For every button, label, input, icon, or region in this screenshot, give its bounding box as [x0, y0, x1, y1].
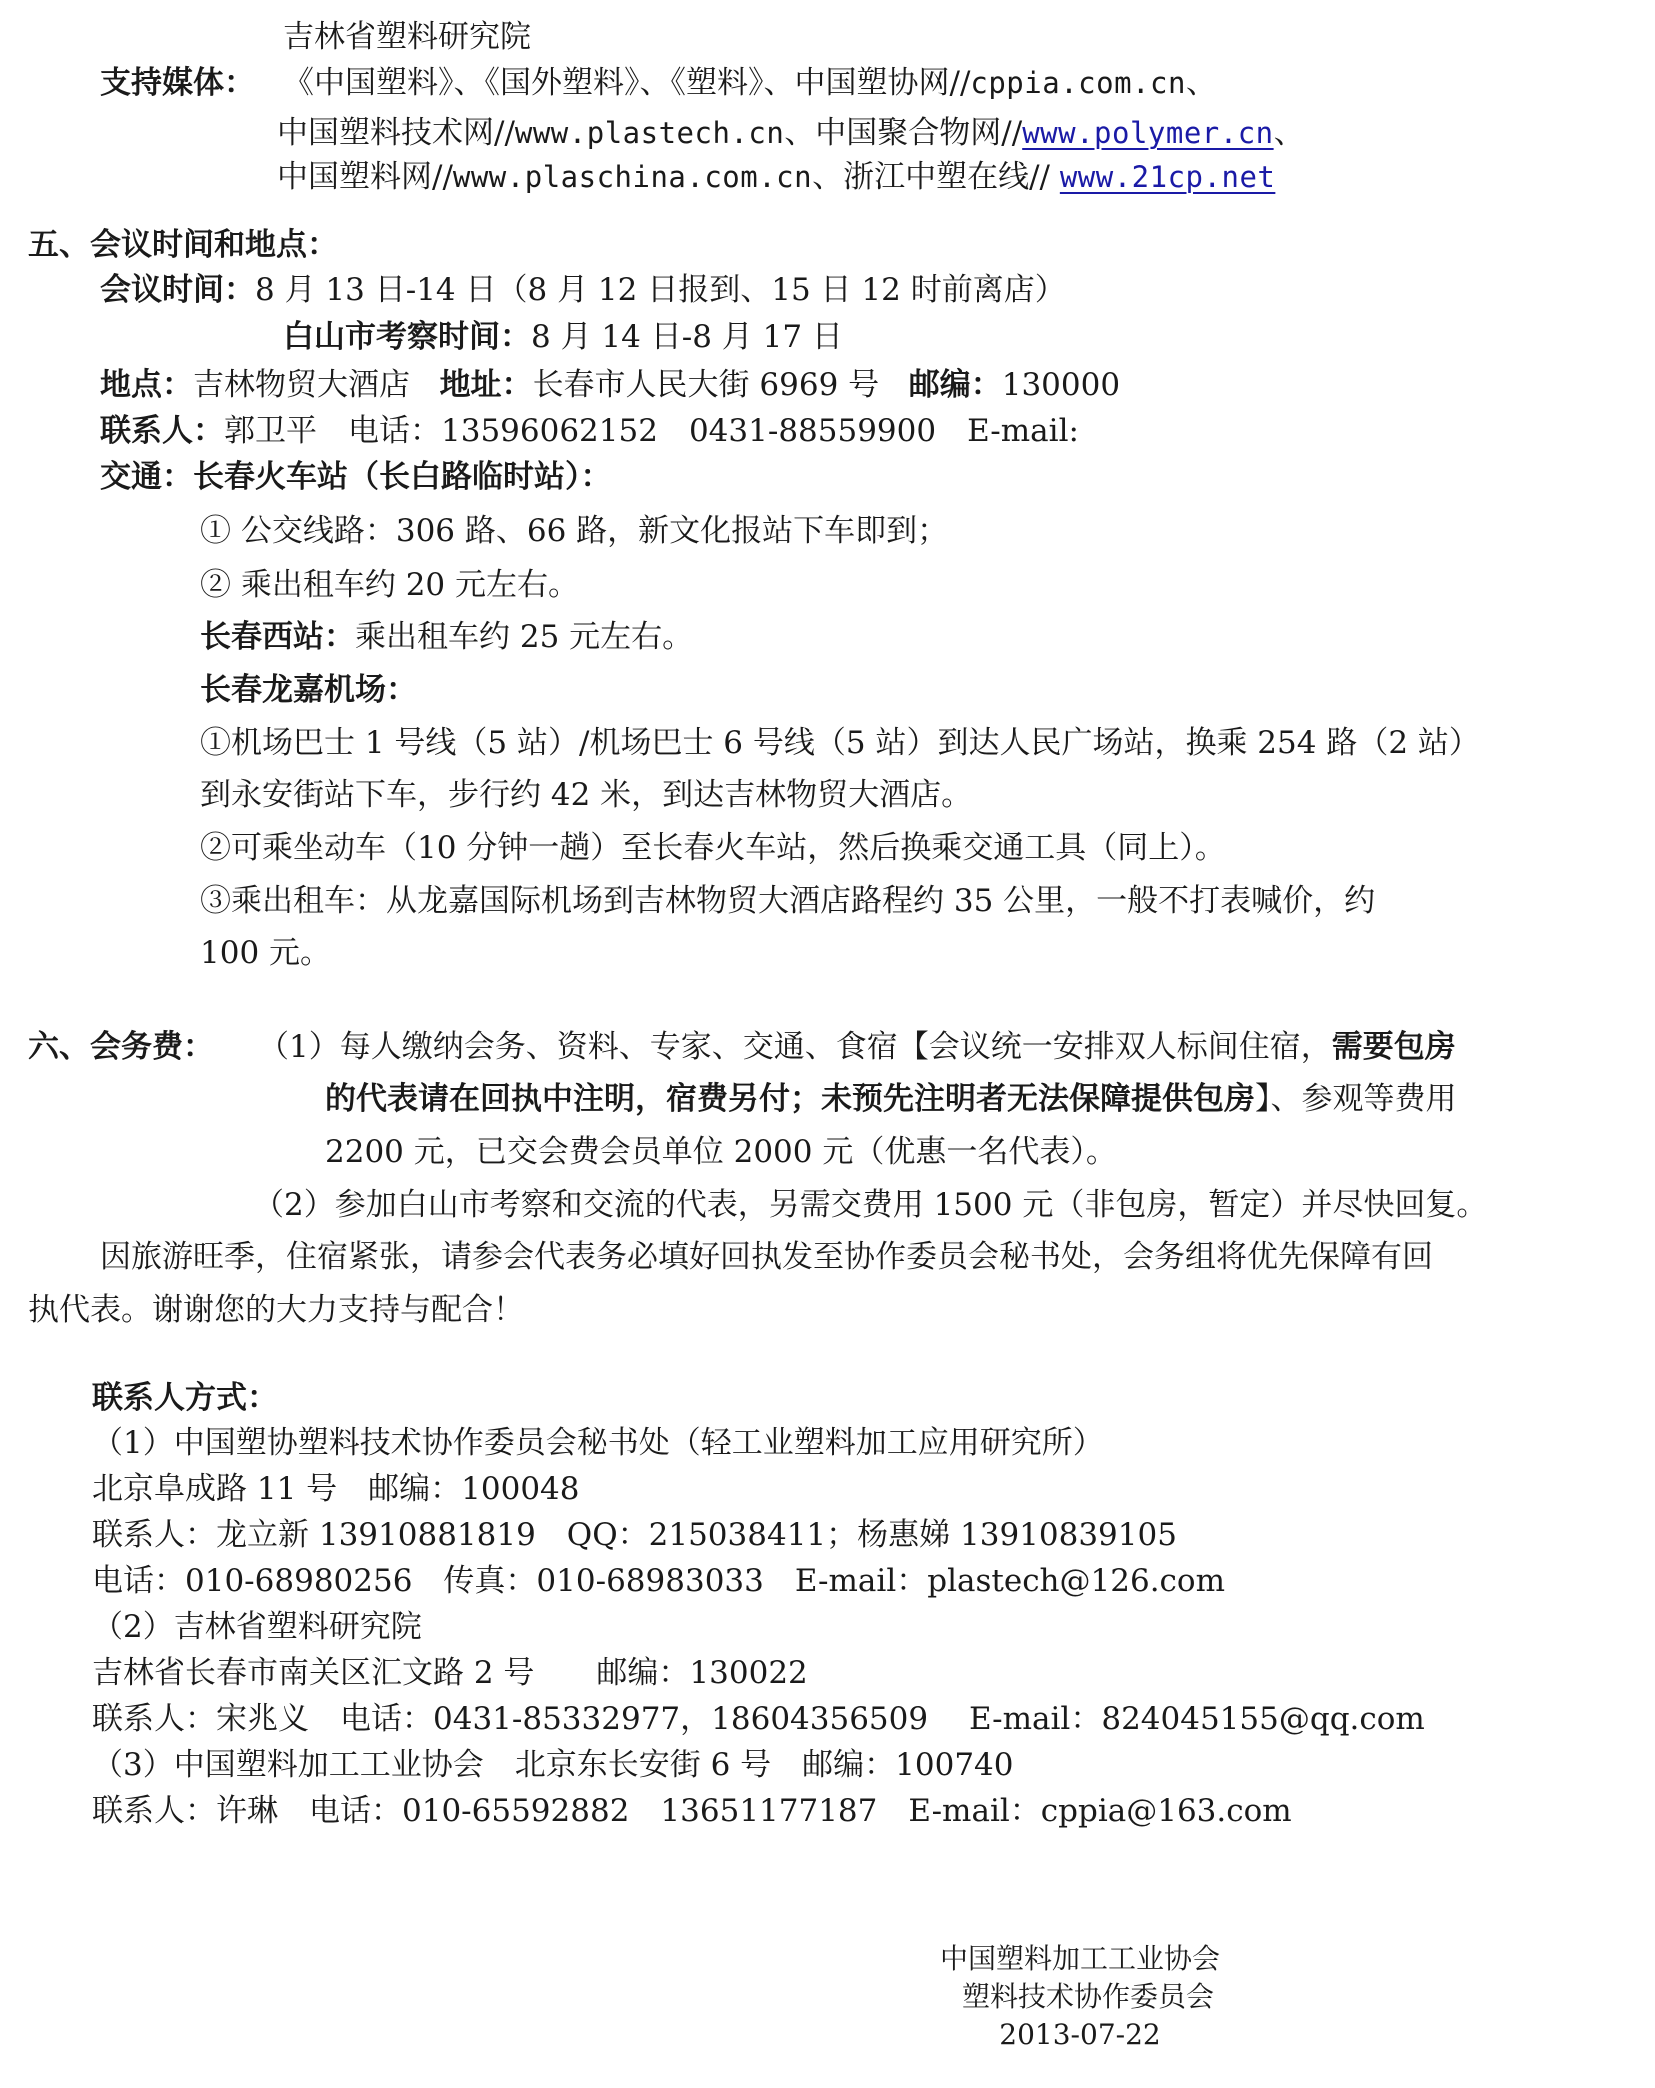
baishan-time: 白山市考察时间：8 月 14 日-8 月 17 日	[283, 322, 843, 353]
contact-person-1: 联系人：龙立新 13910881819 QQ：215038411；杨惠娣 139…	[92, 1520, 1177, 1551]
transport-line: 交通：长春火车站（长白路临时站）：	[100, 462, 612, 493]
airport-option-1a: ①机场巴士 1 号线（5 站）/机场巴士 6 号线（5 站）到达人民广场站，换乘…	[200, 728, 1480, 759]
media-line-1: 《中国塑料》、《国外塑料》、《塑料》、中国塑协网//cppia.com.cn、	[283, 68, 1217, 99]
transport-taxi: ② 乘出租车约 20 元左右。	[200, 570, 579, 601]
media-url-plaschina: www.plaschina.com.cn	[453, 160, 812, 194]
media-url-cppia: cppia.com.cn	[970, 66, 1186, 100]
fee-p1-line2: 的代表请在回执中注明，宿费另付；未预先注明者无法保障提供包房】、参观等费用	[325, 1084, 1457, 1115]
west-station: 长春西站：乘出租车约 25 元左右。	[200, 622, 693, 653]
contact-person-3: 联系人：许琳 电话：010-65592882 13651177187 E-mai…	[92, 1796, 1292, 1827]
airport-option-2: ②可乘坐动车（10 分钟一趟）至长春火车站，然后换乘交通工具（同上）。	[200, 833, 1226, 864]
signature-org: 中国塑料加工工业协会	[880, 1945, 1280, 1973]
media-line-3: 中国塑料网//www.plaschina.com.cn、浙江中塑在线// www…	[277, 162, 1275, 193]
notice-line1: 因旅游旺季，住宿紧张，请参会代表务必填好回执发至协作委员会秘书处，会务组将优先保…	[100, 1242, 1433, 1273]
contact-org-3: （3）中国塑料加工工业协会 北京东长安街 6 号 邮编：100740	[92, 1750, 1014, 1781]
venue-line: 地点：吉林物贸大酒店 地址：长春市人民大街 6969 号 邮编：130000	[100, 370, 1120, 401]
contact-org-2: （2）吉林省塑料研究院	[92, 1612, 422, 1643]
airport-option-3a: ③乘出租车：从龙嘉国际机场到吉林物贸大酒店路程约 35 公里，一般不打表喊价，约	[200, 886, 1375, 917]
sponsor-org: 吉林省塑料研究院	[283, 22, 531, 53]
section5-heading: 五、会议时间和地点：	[28, 230, 338, 261]
airport-label: 长春龙嘉机场：	[200, 675, 417, 706]
meeting-time: 会议时间：8 月 13 日-14 日（8 月 12 日报到、15 日 12 时前…	[100, 275, 1066, 306]
contact-address-2: 吉林省长春市南关区汇文路 2 号 邮编：130022	[92, 1658, 808, 1689]
fee-p1-line1: （1）每人缴纳会务、资料、专家、交通、食宿【会议统一安排双人标间住宿，需要包房	[258, 1032, 1456, 1063]
link-polymer[interactable]: www.polymer.cn	[1022, 116, 1273, 150]
contact-line: 联系人：郭卫平 电话：13596062152 0431-88559900 E-m…	[100, 416, 1079, 447]
contact-address-1: 北京阜成路 11 号 邮编：100048	[92, 1474, 580, 1505]
fee-p2: （2）参加白山市考察和交流的代表，另需交费用 1500 元（非包房，暂定）并尽快…	[253, 1190, 1487, 1221]
airport-option-1b: 到永安街站下车，步行约 42 米，到达吉林物贸大酒店。	[200, 780, 972, 811]
link-21cp[interactable]: www.21cp.net	[1060, 160, 1276, 194]
section6-heading: 六、会务费：	[28, 1032, 214, 1063]
transport-bus: ① 公交线路：306 路、66 路，新文化报站下车即到；	[200, 516, 948, 547]
signature-date: 2013-07-22	[880, 2021, 1280, 2049]
contacts-heading: 联系人方式：	[92, 1383, 278, 1414]
media-label: 支持媒体：	[100, 68, 255, 99]
contact-person-2: 联系人：宋兆义 电话：0431-85332977，18604356509 E-m…	[92, 1704, 1425, 1735]
signature-committee: 塑料技术协作委员会	[888, 1983, 1288, 2011]
contact-phone-1: 电话：010-68980256 传真：010-68983033 E-mail：p…	[92, 1566, 1225, 1597]
media-url-plastech: www.plastech.cn	[515, 116, 784, 150]
fee-p1-line3: 2200 元，已交会费会员单位 2000 元（优惠一名代表）。	[325, 1137, 1117, 1168]
media-line-2: 中国塑料技术网//www.plastech.cn、中国聚合物网//www.pol…	[277, 118, 1305, 149]
airport-option-3b: 100 元。	[200, 938, 331, 969]
contact-org-1: （1）中国塑协塑料技术协作委员会秘书处（轻工业塑料加工应用研究所）	[92, 1428, 1104, 1459]
notice-line2: 执代表。谢谢您的大力支持与配合！	[28, 1295, 524, 1326]
